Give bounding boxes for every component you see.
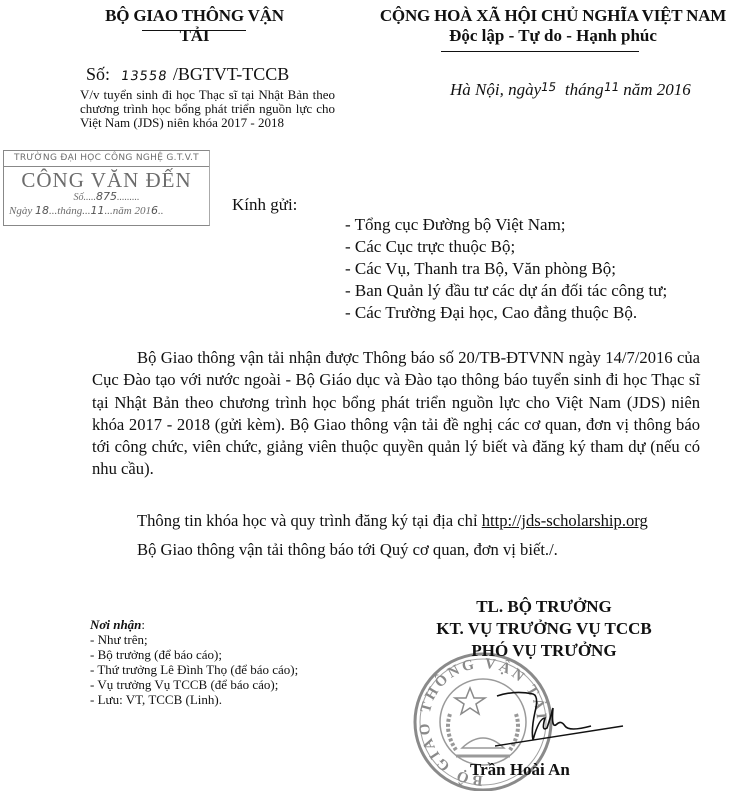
date-month: 11 <box>602 80 620 94</box>
date-place: Hà Nội, ngày <box>450 80 541 99</box>
body-paragraph: Bộ Giao thông vận tải nhận được Thông bá… <box>92 347 700 481</box>
stamp-day: 18 <box>35 204 49 217</box>
stamp-date: Ngày 18...tháng...11...năm 2016.. <box>4 204 209 218</box>
country-name: CỘNG HOÀ XÃ HỘI CHỦ NGHĨA VIỆT NAM <box>356 6 750 26</box>
addressee-item: - Tổng cục Đường bộ Việt Nam; <box>345 214 667 236</box>
stamp-number: Số.....875......... <box>4 191 209 204</box>
cc-item: - Thứ trưởng Lê Đình Thọ (để báo cáo); <box>90 662 298 677</box>
cc-item: - Như trên; <box>90 632 298 647</box>
signer-name: Trần Hoài An <box>470 760 570 780</box>
signature-title-2: KT. VỤ TRƯỞNG VỤ TCCB <box>416 618 672 640</box>
date-year: năm 2016 <box>623 80 691 99</box>
closing-line: Bộ Giao thông vận tải thông báo tới Quý … <box>137 540 558 560</box>
stamp-year-suffix: 6 <box>151 204 158 217</box>
document-number-handwritten: 13558 <box>119 69 167 84</box>
cc-item: - Bộ trưởng (để báo cáo); <box>90 647 298 662</box>
handwritten-signature-icon <box>495 688 625 748</box>
signature-title-1: TL. BỘ TRƯỞNG <box>416 596 672 618</box>
stamp-month: 11 <box>91 204 105 217</box>
signature-title-3: PHÓ VỤ TRƯỞNG <box>416 640 672 662</box>
cc-recipients: Nơi nhận: - Như trên; - Bộ trưởng (để bá… <box>90 617 298 707</box>
issuing-agency: BỘ GIAO THÔNG VẬN TẢI <box>92 6 297 46</box>
received-stamp: TRƯỜNG ĐẠI HỌC CÔNG NGHỆ G.T.V.T CÔNG VĂ… <box>3 150 210 226</box>
national-motto: Độc lập - Tự do - Hạnh phúc <box>356 26 750 46</box>
motto-underline <box>441 51 639 52</box>
date-day: 15 <box>540 80 558 94</box>
addressee-item: - Các Cục trực thuộc Bộ; <box>345 236 667 258</box>
addressee-item: - Các Vụ, Thanh tra Bộ, Văn phòng Bộ; <box>345 258 667 280</box>
cc-item: - Lưu: VT, TCCB (Linh). <box>90 692 298 707</box>
document-number-suffix: /BGTVT-TCCB <box>173 64 289 84</box>
signature-block: TL. BỘ TRƯỞNG KT. VỤ TRƯỞNG VỤ TCCB PHÓ … <box>416 596 672 662</box>
cc-title: Nơi nhận <box>90 617 141 632</box>
addressee-item: - Các Trường Đại học, Cao đẳng thuộc Bộ. <box>345 302 667 324</box>
addressees-list: - Tổng cục Đường bộ Việt Nam; - Các Cục … <box>345 214 667 324</box>
stamp-number-value: 875 <box>96 190 117 203</box>
cc-item: - Vụ trưởng Vụ TCCB (để báo cáo); <box>90 677 298 692</box>
document-subject: V/v tuyển sinh đi học Thạc sĩ tại Nhật B… <box>80 88 335 130</box>
document-number-prefix: Số: <box>86 64 110 84</box>
agency-underline <box>142 30 246 31</box>
stamp-institution: TRƯỜNG ĐẠI HỌC CÔNG NGHỆ G.T.V.T <box>4 151 209 167</box>
addressees-label: Kính gửi: <box>232 195 297 215</box>
stamp-title: CÔNG VĂN ĐẾN <box>4 169 209 191</box>
addressee-item: - Ban Quản lý đầu tư các dự án đối tác c… <box>345 280 667 302</box>
issue-date: Hà Nội, ngày15 tháng11 năm 2016 <box>450 80 691 100</box>
jds-scholarship-link[interactable]: http://jds-scholarship.org <box>482 511 648 530</box>
date-month-label: tháng <box>565 80 604 99</box>
info-line: Thông tin khóa học và quy trình đăng ký … <box>137 511 648 531</box>
document-number: Số: 13558/BGTVT-TCCB <box>86 64 289 85</box>
info-text: Thông tin khóa học và quy trình đăng ký … <box>137 511 482 530</box>
